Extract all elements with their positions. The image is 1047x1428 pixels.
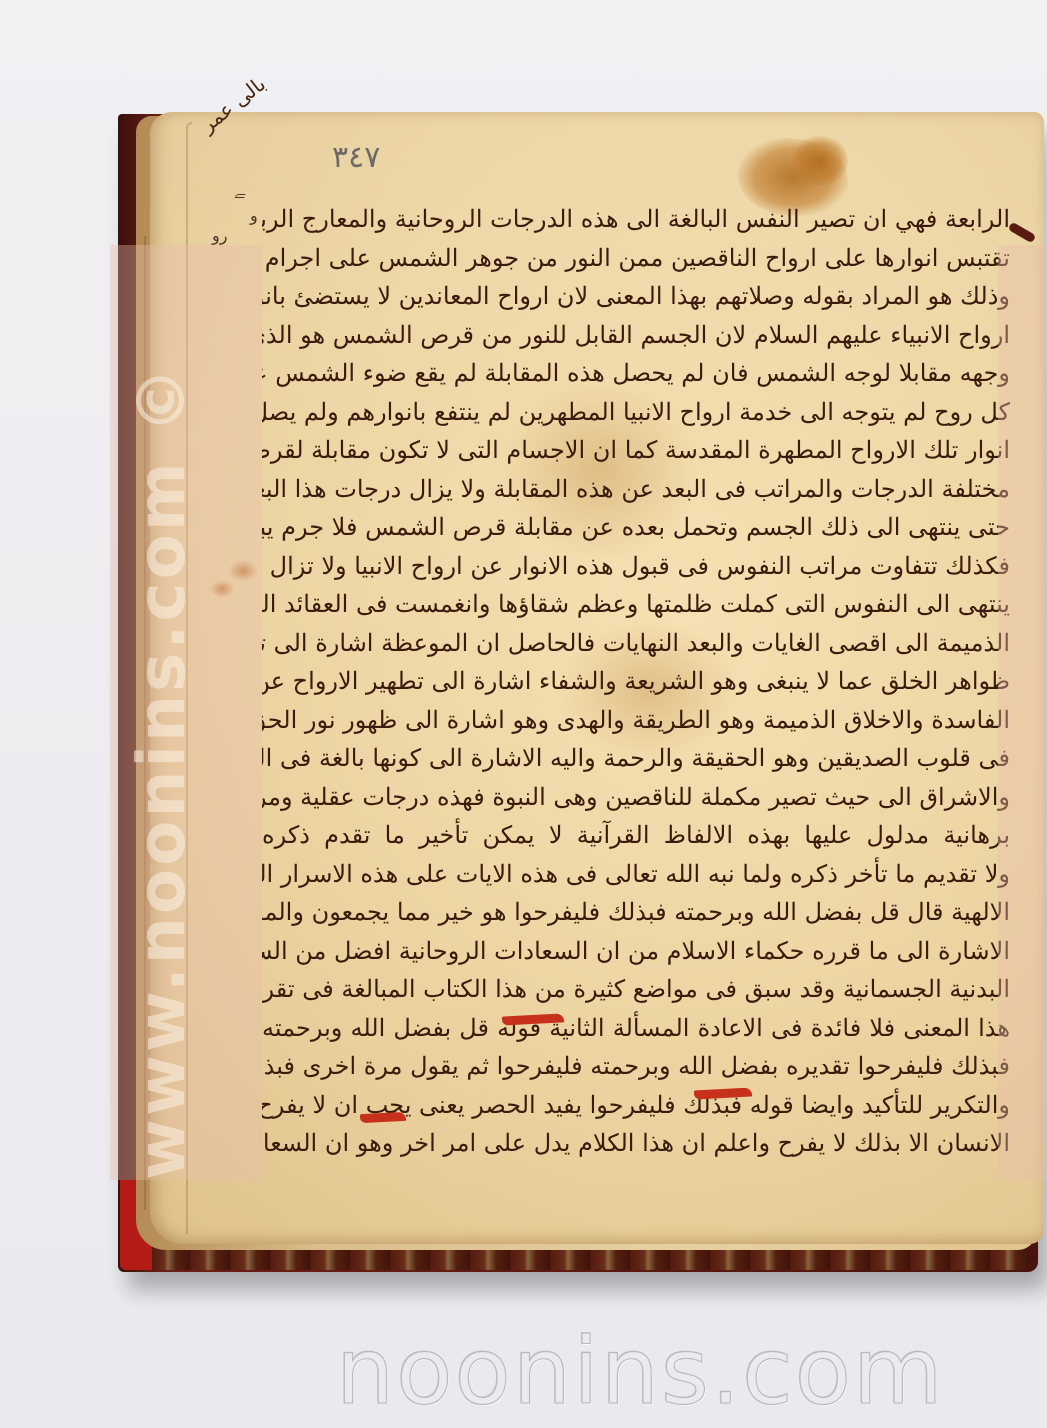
margin-mark: ﺭﻭ [212,226,227,245]
text-line: كل روح لم يتوجه الى خدمة ارواح الانبيا ا… [262,393,1010,432]
text-line: وجهه مقابلا لوجه الشمس فان لم يحصل هذه ا… [262,354,1010,393]
folio-number: ٣٤٧ [332,140,380,175]
manuscript-text: الرابعة فهي ان تصير النفس البالغة الى هذ… [262,200,1010,1163]
text-line: فبذلك فليفرحوا تقديره بفضل الله وبرحمته … [262,1047,1010,1086]
text-line: البدنية الجسمانية وقد سبق فى مواضع كثيرة… [262,970,1010,1009]
text-line: الفاسدة والاخلاق الذميمة وهو الطريقة وال… [262,701,1010,740]
text-line: الذميمة الى اقصى الغايات والبعد النهايات… [262,624,1010,663]
text-line: تقتبس انوارها على ارواح الناقصين ممن الن… [262,239,1010,278]
text-line: فى قلوب الصديقين وهو الحقيقة والرحمة وال… [262,739,1010,778]
text-line: ارواح الانبياء عليهم السلام لان الجسم ال… [262,316,1010,355]
margin-mark: ﮯ [234,180,245,200]
text-line: حتى ينتهى الى ذلك الجسم وتحمل بعده عن مق… [262,508,1010,547]
text-line: وذلك هو المراد بقوله وصلاتهم بهذا المعنى… [262,277,1010,316]
margin-mark: ﻭ [250,206,258,225]
text-line: فكذلك تتفاوت مراتب النفوس فى قبول هذه ال… [262,547,1010,586]
text-line: برهانية مدلول عليها بهذه الالفاظ القرآني… [262,816,1010,855]
text-line: ظواهر الخلق عما لا ينبغى وهو الشريعة وال… [262,662,1010,701]
text-line: الانسان الا بذلك لا يفرح واعلم ان هذا ال… [262,1124,1010,1163]
text-line: الالهية قال قل بفضل الله وبرحمته فبذلك ف… [262,893,1010,932]
ink-stain [792,136,848,186]
text-line: والاشراق الى حيث تصير مكملة للناقصين وهى… [262,778,1010,817]
text-line: مختلفة الدرجات والمراتب فى البعد عن هذه … [262,470,1010,509]
text-line: انوار تلك الارواح المطهرة المقدسة كما ان… [262,431,1010,470]
text-line: هذا المعنى فلا فائدة فى الاعادة المسألة … [262,1009,1010,1048]
bottom-watermark: noonins.com [336,1322,976,1422]
manuscript-photo: ٣٤٧ بالى عمر ﮯ ﻭ ﺭﻭ الرابعة فهي ان تصير … [0,0,1047,1428]
vertical-watermark: www.noonins.com © [132,245,192,1180]
watermark-band [998,245,1047,1180]
text-line: الاشارة الى ما قرره حكماء الاسلام من ان … [262,932,1010,971]
text-line: ينتهى الى النفوس التى كملت ظلمتها وعظم ش… [262,585,1010,624]
text-line: ولا تقديم ما تأخر ذكره ولما نبه الله تعا… [262,855,1010,894]
text-line: الرابعة فهي ان تصير النفس البالغة الى هذ… [262,200,1010,239]
